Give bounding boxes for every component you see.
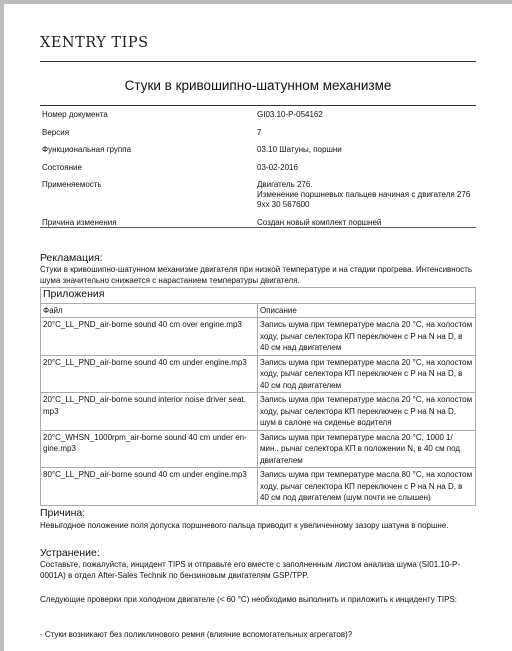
cause-text: Невыгодное положение поля допуска поршне… xyxy=(40,521,476,532)
header-divider xyxy=(40,61,476,62)
attachment-description: Запись шума при температуре масла 80 °C,… xyxy=(258,468,476,506)
applicability-note: Изменение поршневых пальцев начиная с дв… xyxy=(257,190,474,210)
attachment-description: Запись шума при температуре масла 20 °C,… xyxy=(258,355,476,393)
applicability-engine: Двигатель 276. xyxy=(257,180,474,190)
attachment-description: Запись шума при температуре масла 20 °C,… xyxy=(258,318,476,356)
meta-value: 7 xyxy=(257,128,474,138)
meta-label: Номер документа xyxy=(42,110,257,120)
meta-row: Состояние 03-02-2016 xyxy=(42,163,474,173)
table-row: 20°C_LL_PND_air-borne sound 40 cm under … xyxy=(41,355,476,393)
attachment-file-link[interactable]: 20°C_LL_PND_air-borne sound 40 cm over e… xyxy=(41,318,258,356)
table-row: 20°C_LL_PND_air-borne sound interior noi… xyxy=(41,393,476,431)
window-top-border xyxy=(0,0,512,4)
meta-value: Двигатель 276. Изменение поршневых пальц… xyxy=(257,180,474,210)
attachment-description: Запись шума при температуре масла 20 °C,… xyxy=(258,430,476,468)
title-divider xyxy=(40,105,476,106)
meta-row: Применяемость Двигатель 276. Изменение п… xyxy=(42,180,474,210)
remedy-text: Составьте, пожалуйста, инцидент TIPS и о… xyxy=(40,560,476,581)
attachment-file-link[interactable]: 20°C_LL_PND_air-borne sound 40 cm under … xyxy=(41,355,258,393)
meta-label: Применяемость xyxy=(42,180,257,210)
complaint-text: Стуки в кривошипно-шатунном механизме дв… xyxy=(40,265,476,286)
attachment-file-link[interactable]: 80°C_LL_PND_air-borne sound 40 cm under … xyxy=(41,468,258,506)
cause-heading: Причина: xyxy=(40,507,85,519)
table-row: 80°C_LL_PND_air-borne sound 40 cm under … xyxy=(41,468,476,506)
attachment-description: Запись шума при температуре масла 20 °C,… xyxy=(258,393,476,431)
meta-row: Функциональная группа 03.10 Шатуны, порш… xyxy=(42,145,474,155)
window-left-border xyxy=(0,0,4,651)
meta-value: GI03.10-P-054162 xyxy=(257,110,474,120)
page-title: Стуки в кривошипно-шатунном механизме xyxy=(40,78,476,93)
column-header-file: Файл xyxy=(41,303,258,318)
meta-label: Функциональная группа xyxy=(42,145,257,155)
check-item: - Стуки возникают без поликлинового ремн… xyxy=(40,630,476,641)
meta-label: Версия xyxy=(42,128,257,138)
meta-value: 03-02-2016 xyxy=(257,163,474,173)
table-row: 20°C_WHSN_1000rpm_air-borne sound 40 cm … xyxy=(41,430,476,468)
attachment-file-link[interactable]: 20°C_WHSN_1000rpm_air-borne sound 40 cm … xyxy=(41,430,258,468)
metadata-divider xyxy=(40,227,476,228)
meta-value: Создан новый комплект поршней xyxy=(257,218,474,228)
meta-row: Причина изменения Создан новый комплект … xyxy=(42,218,474,228)
meta-row: Номер документа GI03.10-P-054162 xyxy=(42,110,474,120)
meta-label: Причина изменения xyxy=(42,218,257,228)
column-header-description: Описание xyxy=(258,303,476,318)
complaint-heading: Рекламация: xyxy=(40,252,103,264)
brand-logo: XENTRY TIPS xyxy=(40,35,149,51)
meta-label: Состояние xyxy=(42,163,257,173)
document-metadata: Номер документа GI03.10-P-054162 Версия … xyxy=(42,110,474,235)
table-row: 20°C_LL_PND_air-borne sound 40 cm over e… xyxy=(41,318,476,356)
remedy-heading: Устранение: xyxy=(40,547,100,559)
checks-intro: Следующие проверки при холодном двигател… xyxy=(40,595,476,606)
attachments-table: Приложения Файл Описание 20°C_LL_PND_air… xyxy=(40,287,476,506)
attachment-file-link[interactable]: 20°C_LL_PND_air-borne sound interior noi… xyxy=(41,393,258,431)
meta-row: Версия 7 xyxy=(42,128,474,138)
meta-value: 03.10 Шатуны, поршни xyxy=(257,145,474,155)
attachments-caption: Приложения xyxy=(41,288,476,304)
